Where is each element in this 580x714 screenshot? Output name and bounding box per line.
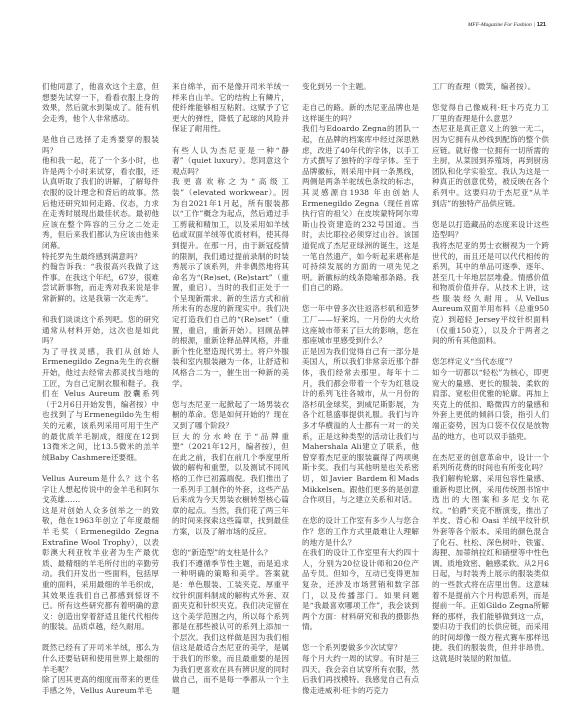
interview-question: 走自己的路。新的杰尼亚品牌也是这样诞生的吗？ xyxy=(302,103,419,124)
interview-question: 在杰尼亚的创意革命中，设计一个系列所花费的时间也有所变化吗？ xyxy=(432,453,549,474)
page-number: 121 xyxy=(537,22,546,28)
interview-answer: 工厂的查理（微笑，编者按）。 xyxy=(432,82,549,93)
interview-question: 和我们谈谈这个系列吧。您的研究通常从材料开始，这次也是如此吗？ xyxy=(42,315,159,347)
interview-question: 您的“新造型”的支柱是什么？ xyxy=(172,548,289,559)
interview-answer: 除了因其更高的细度而带来的更佳手感之外，Vellus Aureum羊毛 xyxy=(42,675,159,696)
interview-answer: 正是因为我们觉得自己有一部分是美国人，所以我们非常亲近那个群体，我们经常去那里。… xyxy=(302,347,419,506)
interview-question: 是他自己选择了走秀要穿的服装吗？ xyxy=(42,135,159,156)
interview-answer: 他和我一起，花了一个多小时，也许是两个小时来试穿，看衣服，还认真听取了我们的讲解… xyxy=(42,156,159,251)
interview-answer: 巨大的分水岭在于“品牌重塑”（2021年12月，编者按），但在此之前，我们在前几… xyxy=(172,432,289,538)
interview-question: 您怎样定义“当代态度”？ xyxy=(432,357,549,368)
interview-answer: 这是对创始人众多创举之一的致敬，他在1963年创立了年度最细羊毛奖（Ermene… xyxy=(42,506,159,633)
column-4: 工厂的查理（微笑，编者按）。您觉得自己像威利·旺卡巧克力工厂里的查理是什么意思？… xyxy=(432,82,549,696)
header-separator: | xyxy=(534,22,535,28)
interview-answer: 为了寻找灵感，我们从创始人Ermenegildo Zegna先生的衣橱开始，他过… xyxy=(42,347,159,464)
interview-question: 您一年中曾多次往返洛杉矶和造梦工厂——好莱坞。一月份的大火给这座城市带来了巨大的… xyxy=(302,304,419,346)
interview-answer: 们他同意了，他喜欢这个主意，但想要先试穿一下，看看衣服上身的效果，然后就水到渠成… xyxy=(42,82,159,124)
interview-answer: 来自绵羊，而不是像开司米羊绒一样来自山羊。它的结构上有鳞片，使纤维能够相互粘附。… xyxy=(172,82,289,135)
interview-question: 您与杰尼亚一起掀起了一场男装衣橱的革命。您是如何开始的？现在又到了哪个阶段？ xyxy=(172,400,289,432)
column-2: 来自绵羊，而不是像开司米羊绒一样来自山羊。它的结构上有鳞片，使纤维能够相互粘附。… xyxy=(172,82,289,696)
interview-answer: 我将杰尼亚的男士衣橱视为一个跨世代的，而且还是可以代代相传的系列，其中的单品可逐… xyxy=(432,241,549,347)
interview-answer: 我们解构轮廓、采用包容性量感、重新构思比例，采用传统图书馆中选出的大图案和多尼戈… xyxy=(432,474,549,665)
interview-answer: 如今一切都以“轻松”为核心，即更宽大的量感、更长的服装、柔软的肩部、宽松但优雅的… xyxy=(432,368,549,442)
magazine-title: MFF-Magazine For Fashion xyxy=(468,22,532,28)
interview-answer: 我们与Edoardo Zegna的团队一起，在品牌的档案库中经过深思熟虑，改进了… xyxy=(302,124,419,294)
interview-question: 既然已经有了开司米羊绒，那么为什么还要钻研和使用世界上最细的羊毛呢？ xyxy=(42,643,159,675)
interview-answer: 在我们的设计工作室里有大约四十人，分别为20位设计师和20位产品专员。但如今，互… xyxy=(302,548,419,633)
interview-answer: 每个月大约一周的试穿。有时是三四天。我会亲自试穿所有衣服，然后我们再找模特。我感… xyxy=(302,654,419,696)
interview-question: Vellus Aureum是什么？这个名字让人想起传说中的金羊毛和阿尔戈英雄…… xyxy=(42,474,159,506)
page-header: MFF-Magazine For Fashion|121 xyxy=(468,22,546,28)
interview-question: 您一个系列要做多少次试穿？ xyxy=(302,643,419,654)
interview-question: 特托罗先生最终感到满意吗？ xyxy=(42,252,159,263)
column-3: 变化到另一个主题。走自己的路。新的杰尼亚品牌也是这样诞生的吗？我们与Edoard… xyxy=(302,82,419,696)
interview-answer: 杰尼亚是真正意义上的独一无二，因为它拥有从纱线到配饰的整个供应链。就好像一位拥有… xyxy=(432,124,549,209)
interview-question: 您觉得自己像威利·旺卡巧克力工厂里的查理是什么意思？ xyxy=(432,103,549,124)
interview-question: 您是以打造藏品的态度来设计这些造型吗？ xyxy=(432,220,549,241)
article-body: 们他同意了，他喜欢这个主意，但想要先试穿一下，看看衣服上身的效果，然后就水到渠成… xyxy=(42,82,550,696)
interview-question: 在您的设计工作室有多少人与您合作？您的工作方式里最难让人理解的地方是什么？ xyxy=(302,516,419,548)
interview-answer: 约翰告诉我：“我很高兴我做了这件事。在我这个年纪，67岁，很难尝试新事物，而走秀… xyxy=(42,262,159,304)
interview-question: 有些人认为杰尼亚是一种“静奢”（quiet luxury）。您同意这个观点吗？ xyxy=(172,146,289,178)
column-1: 们他同意了，他喜欢这个主意，但想要先试穿一下，看看衣服上身的效果，然后就水到渠成… xyxy=(42,82,159,696)
interview-answer: 变化到另一个主题。 xyxy=(302,82,419,93)
interview-answer: 我更喜欢称之为“高级工装”（elevated workwear）。因为自2021… xyxy=(172,177,289,389)
interview-answer: 我们不遵循季节性主题，而是追求一种明确的策略和美学。答案就是：单色服装、工装夹克… xyxy=(172,559,289,697)
